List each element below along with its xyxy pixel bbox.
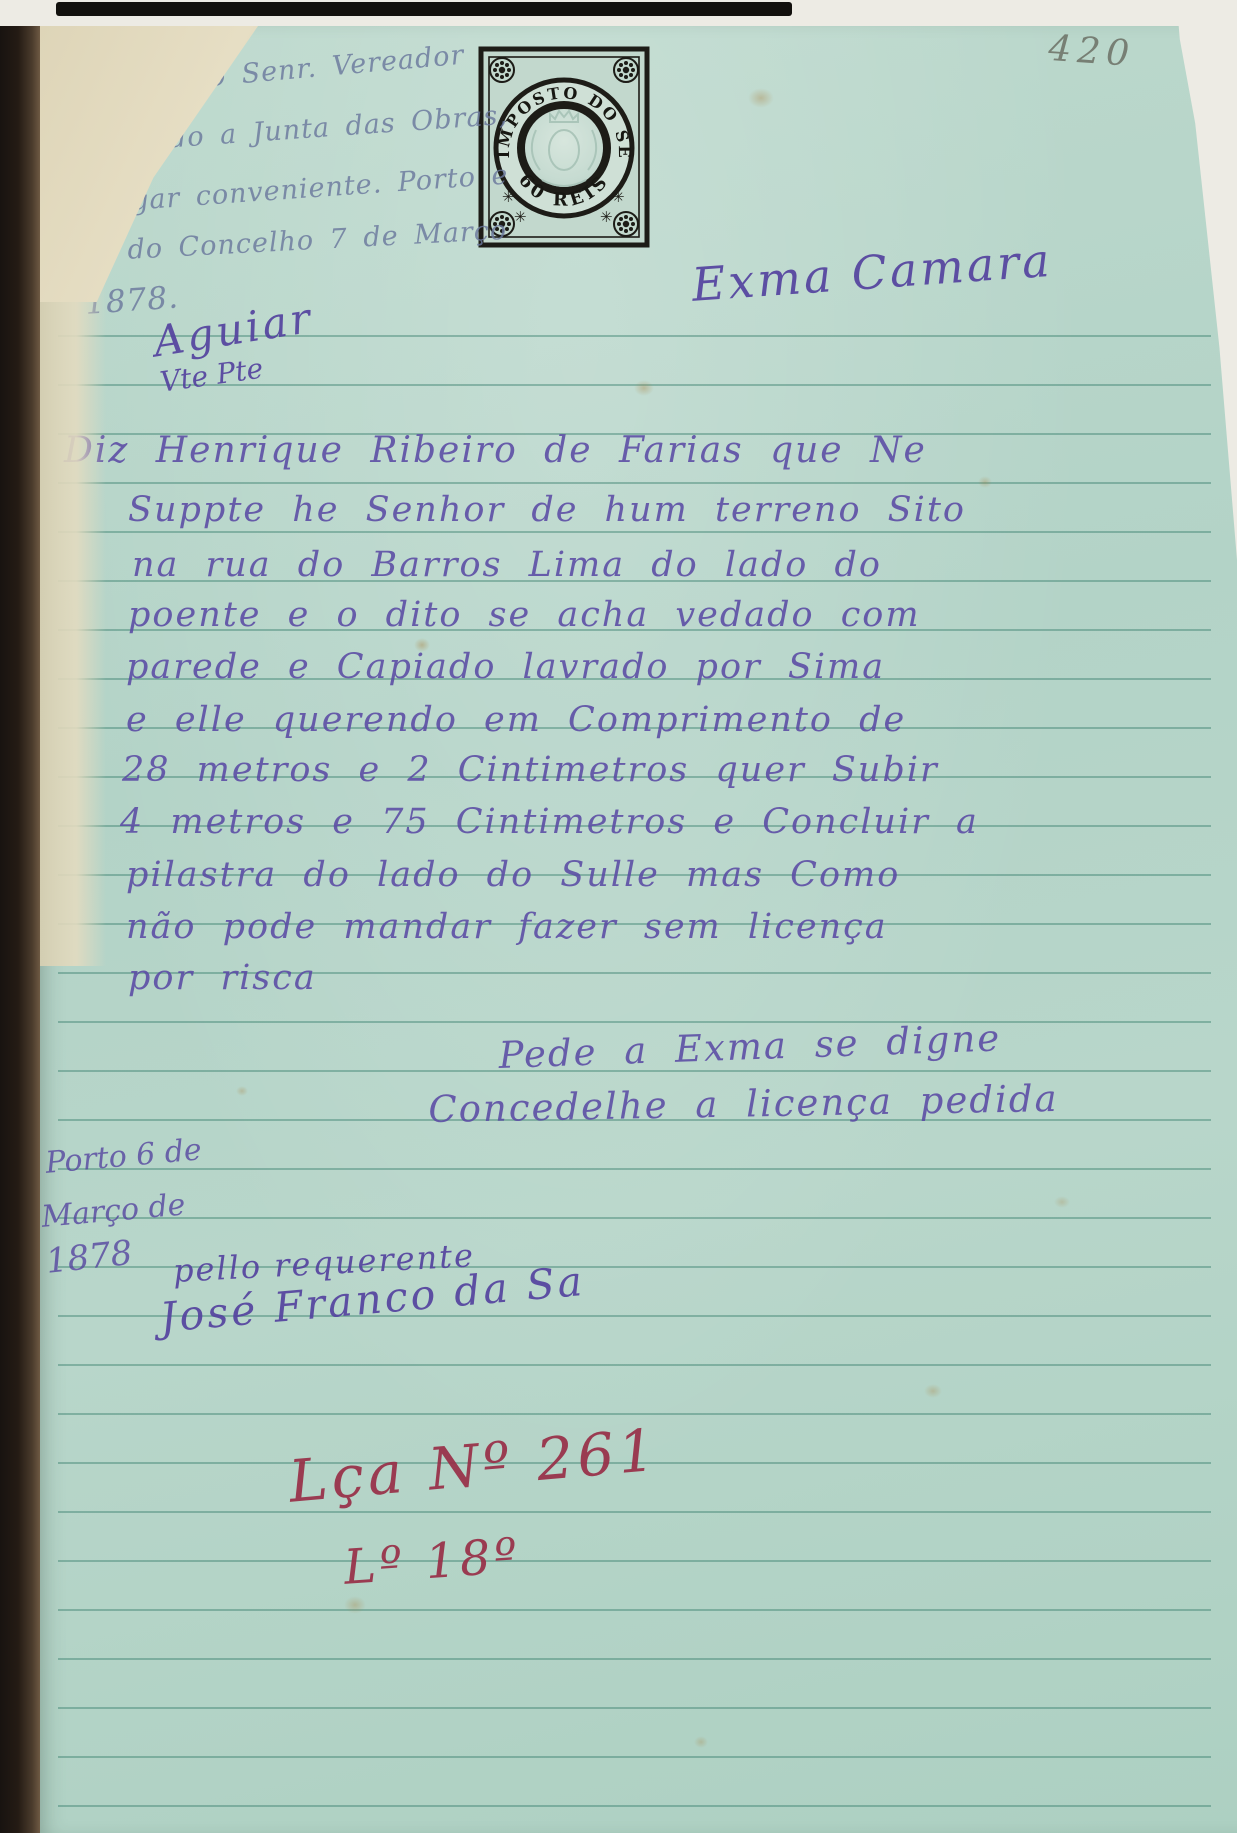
body-line: 4 metros e 75 Cintimetros e Concluir a (120, 802, 979, 842)
book-binding (0, 0, 40, 1833)
folio-number: 420 (1047, 28, 1136, 75)
svg-text:✳: ✳ (600, 208, 613, 226)
body-line: Suppte he Senhor de hum terreno Sito (128, 490, 966, 530)
body-line: 28 metros e 2 Cintimetros quer Subir (122, 750, 939, 790)
svg-text:✳: ✳ (612, 188, 625, 206)
body-line: Diz Henrique Ribeiro de Farias que Ne (64, 430, 927, 471)
document-scan: IMPOSTO DO SELLO 60 REIS ✳✳ ✳✳ 420 ja e … (0, 0, 1237, 1833)
body-line: não pode mandar fazer sem licença (126, 907, 888, 947)
body-line: parede e Capiado lavrado por Sima (126, 647, 885, 687)
body-line: e elle querendo em Comprimento de (126, 700, 906, 740)
scan-shadow-bar (56, 2, 792, 16)
body-line: por risca (128, 958, 317, 998)
svg-text:✳: ✳ (514, 208, 527, 226)
body-line: na rua do Barros Lima do lado do (132, 545, 882, 585)
body-line: pilastra do lado do Sulle mas Como (126, 855, 900, 895)
body-line: poente e o dito se acha vedado com (128, 595, 921, 635)
